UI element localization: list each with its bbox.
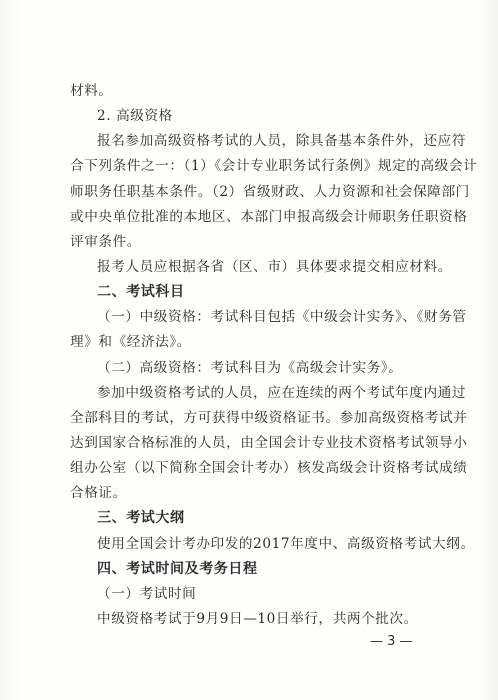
document-body: 材料。2. 高级资格报名参加高级资格考试的人员，除具备基本条件外，还应符合下列条… (70, 79, 440, 632)
text-line: 报考人员应根据各省（区、市）具体要求提交相应材料。 (70, 255, 440, 280)
text-line: 中级资格考试于9月9日—10日举行，共两个批次。 (70, 607, 440, 632)
text-line: 报名参加高级资格考试的人员，除具备基本条件外，还应符 (70, 129, 440, 154)
text-line: （一）中级资格：考试科目包括《中级会计实务》、《财务管 (70, 305, 440, 330)
document-page: 材料。2. 高级资格报名参加高级资格考试的人员，除具备基本条件外，还应符合下列条… (0, 0, 498, 700)
text-line: （二）高级资格：考试科目为《高级会计实务》。 (70, 356, 440, 381)
text-line: 全部科目的考试，方可获得中级资格证书。参加高级资格考试并 (70, 406, 440, 431)
text-line: 2. 高级资格 (70, 104, 440, 129)
text-line: 达到国家合格标准的人员，由全国会计专业技术资格考试领导小 (70, 431, 440, 456)
text-line: 理》和《经济法》。 (70, 330, 440, 355)
text-line: 参加中级资格考试的人员，应在连续的两个考试年度内通过 (70, 381, 440, 406)
text-line: （一）考试时间 (70, 582, 440, 607)
text-line: 材料。 (70, 79, 440, 104)
text-line: 合下列条件之一：（1）《会计专业职务试行条例》规定的高级会计 (70, 154, 440, 179)
text-line: 合格证。 (70, 481, 440, 506)
section-heading: 四、考试时间及考务日程 (70, 557, 440, 582)
text-line: 使用全国会计考办印发的2017年度中、高级资格考试大纲。 (70, 532, 440, 557)
section-heading: 二、考试科目 (70, 280, 440, 305)
text-line: 师职务任职基本条件。（2）省级财政、人力资源和社会保障部门 (70, 180, 440, 205)
text-line: 评审条件。 (70, 230, 440, 255)
text-line: 或中央单位批准的本地区、本部门申报高级会计师职务任职资格 (70, 205, 440, 230)
text-line: 组办公室（以下简称全国会计考办）核发高级会计资格考试成绩 (70, 456, 440, 481)
page-number: — 3 — (370, 634, 413, 649)
section-heading: 三、考试大纲 (70, 506, 440, 531)
